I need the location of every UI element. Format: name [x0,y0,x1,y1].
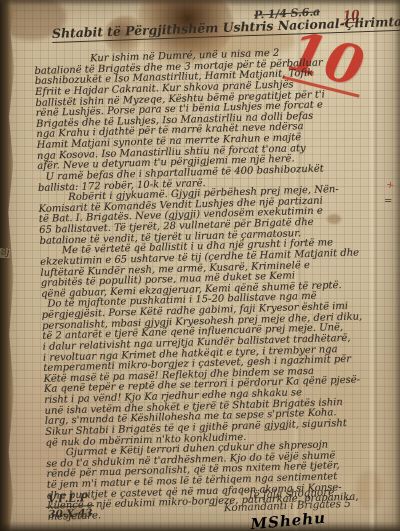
org-initials: V.F.L.P [46,491,95,508]
document-date: 30-X-43 [46,506,95,521]
torn-left-edge [0,0,15,531]
scanned-manuscript-page: P. 1/4 S.6.a 10 10 Shtabit të Përgjithsh… [0,0,400,531]
manuscript-body: Kur ishim në Dumré, unë u nisa me 2batal… [34,45,400,523]
paper-background: P. 1/4 S.6.a 10 10 Shtabit të Përgjithsh… [0,0,400,531]
right-margin-ink-mark: = [384,196,392,207]
scan-edge-top [0,0,400,6]
closing-left-block: V.F.L.P 30-X-43 [46,491,95,521]
left-margin-pencil-mark: 8j [0,248,10,258]
closing-signature-block: Të fala shoqnore Komandanti i Brigatës 5… [223,486,351,531]
